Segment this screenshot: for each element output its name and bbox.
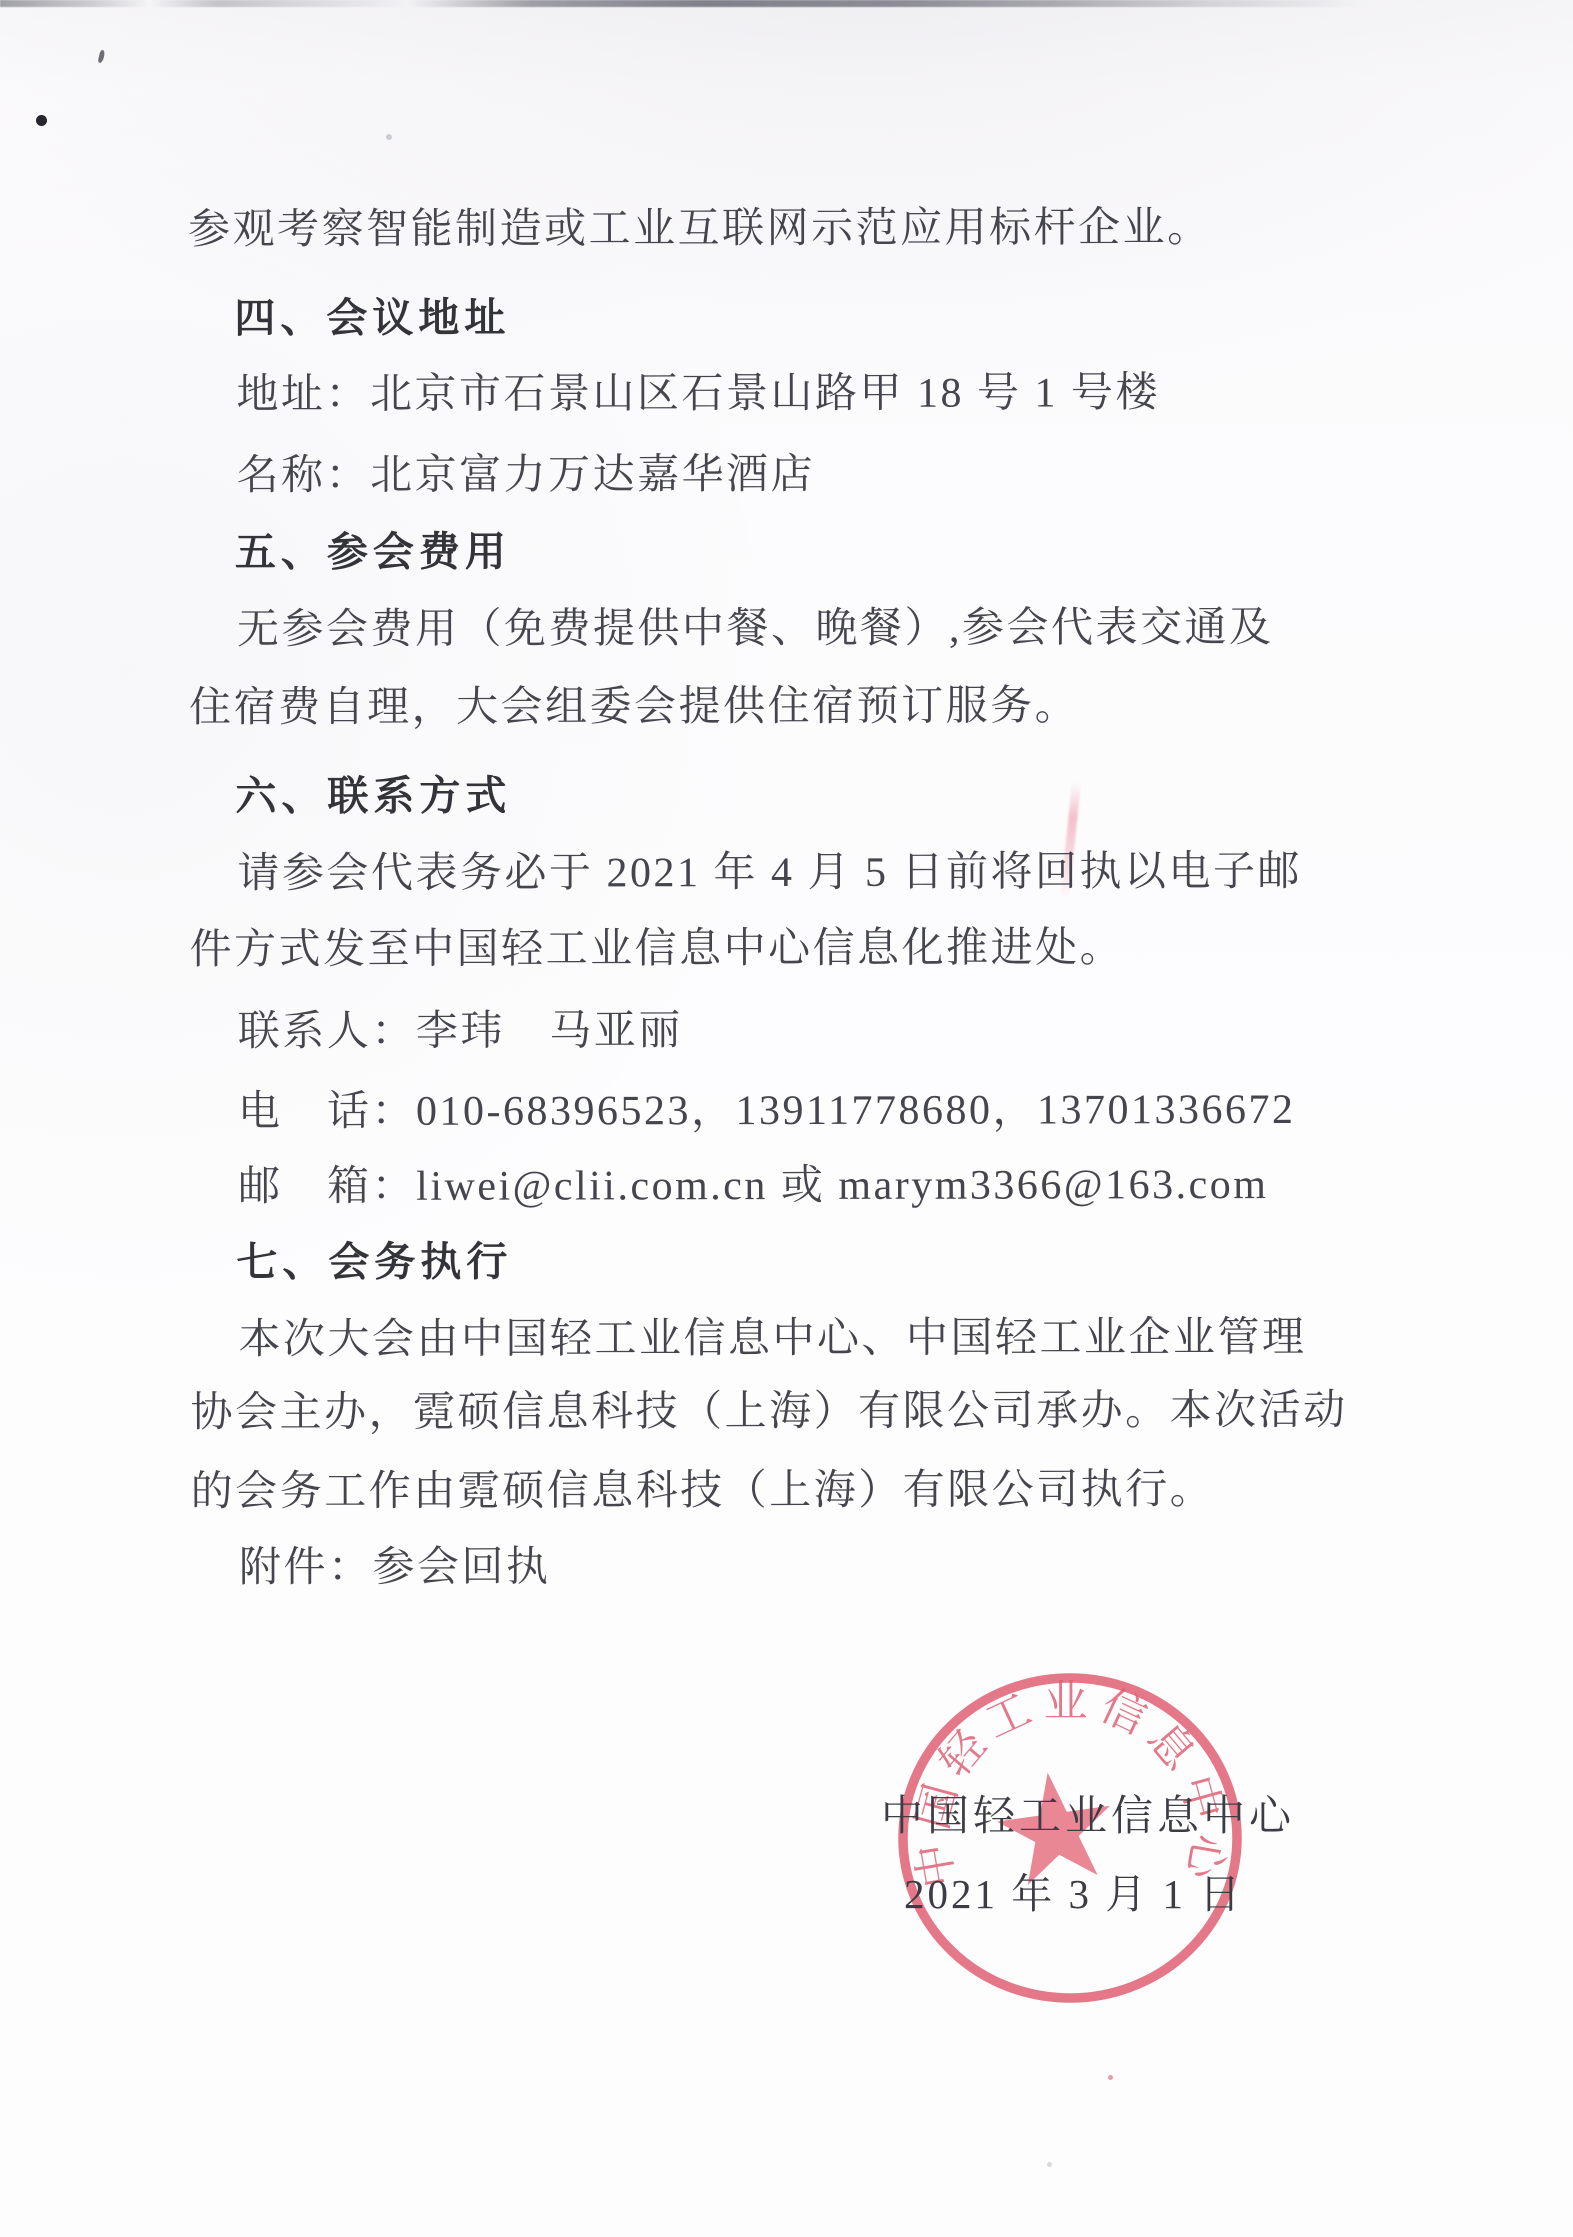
signature-org: 中国轻工业信息中心 bbox=[881, 1783, 1295, 1843]
contact-phone-line: 电 话：010-68396523，13911778680，13701336672 bbox=[238, 1086, 1296, 1136]
body-line: 名称：北京富力万达嘉华酒店 bbox=[237, 451, 816, 500]
section-heading-4: 四、会议地址 bbox=[234, 294, 510, 343]
document-text: 参观考察智能制造或工业互联网示范应用标杆企业。 四、会议地址 地址：北京市石景山… bbox=[0, 0, 1573, 2237]
section-heading-5: 五、参会费用 bbox=[235, 528, 511, 577]
body-line: 地址：北京市石景山区石景山路甲 18 号 1 号楼 bbox=[236, 369, 1160, 419]
body-line: 件方式发至中国轻工业信息中心信息化推进处。 bbox=[190, 924, 1125, 974]
scanned-page: 参观考察智能制造或工业互联网示范应用标杆企业。 四、会议地址 地址：北京市石景山… bbox=[0, 0, 1573, 2237]
body-line: 协会主办，霓硕信息科技（上海）有限公司承办。本次活动 bbox=[191, 1387, 1348, 1437]
contact-person-line: 联系人：李玮 马亚丽 bbox=[238, 1007, 683, 1056]
body-line: 住宿费自理，大会组委会提供住宿预订服务。 bbox=[189, 682, 1079, 732]
attachment-line: 附件：参会回执 bbox=[239, 1543, 551, 1592]
body-line: 参观考察智能制造或工业互联网示范应用标杆企业。 bbox=[188, 204, 1212, 254]
body-line: 本次大会由中国轻工业信息中心、中国轻工业企业管理 bbox=[238, 1314, 1306, 1364]
body-line: 的会务工作由霓硕信息科技（上海）有限公司执行。 bbox=[191, 1466, 1215, 1516]
body-line: 无参会费用（免费提供中餐、晚餐）,参会代表交通及 bbox=[237, 604, 1274, 654]
contact-email-line: 邮 箱：liwei@clii.com.cn 或 marym3366@163.co… bbox=[238, 1161, 1268, 1211]
body-line: 请参会代表务必于 2021 年 4 月 5 日前将回执以电子邮 bbox=[237, 848, 1302, 898]
section-heading-7: 七、会务执行 bbox=[236, 1238, 512, 1287]
signature-date: 2021 年 3 月 1 日 bbox=[904, 1861, 1243, 1920]
section-heading-6: 六、联系方式 bbox=[235, 772, 511, 821]
